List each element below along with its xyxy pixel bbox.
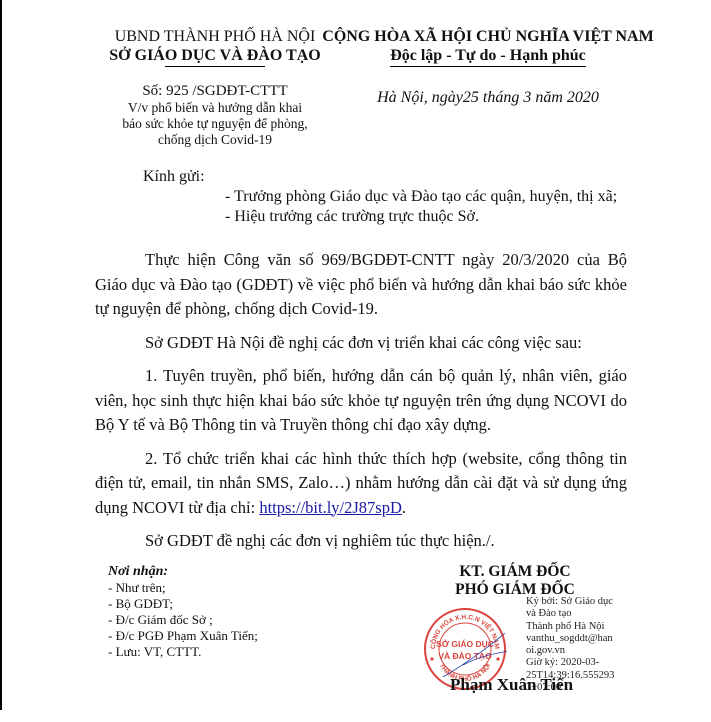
header-left: UBND THÀNH PHỐ HÀ NỘI SỞ GIÁO DỤC VÀ ĐÀO… xyxy=(100,27,330,148)
addressee-item: - Hiệu trưởng các trường trực thuộc Sở. xyxy=(143,207,617,227)
subject-line: báo sức khỏe tự nguyện để phòng, xyxy=(100,116,330,132)
sig-info-line: vanthu_sogddt@han xyxy=(526,633,631,645)
header-right: CỘNG HÒA XÃ HỘI CHỦ NGHĨA VIỆT NAM Độc l… xyxy=(318,27,658,107)
paragraph: 1. Tuyên truyền, phổ biến, hướng dẫn cán… xyxy=(95,364,627,438)
recipient-item: - Như trên; xyxy=(108,580,258,596)
svg-text:SỞ GIÁO DỤC: SỞ GIÁO DỤC xyxy=(436,638,494,649)
sig-info-line: oi.gov.vn xyxy=(526,645,631,657)
recipient-item: - Bộ GDĐT; xyxy=(108,596,258,612)
subject-line: V/v phổ biến và hướng dẫn khai xyxy=(100,100,330,116)
sig-info-line: và Đào tạo xyxy=(526,608,631,620)
sig-info-line: Giờ ký: 2020-03- xyxy=(526,657,631,669)
addressee-item: - Trưởng phòng Giáo dục và Đào tạo các q… xyxy=(143,187,617,207)
subject-line: chống dịch Covid-19 xyxy=(100,132,330,148)
paragraph-suffix: . xyxy=(402,498,406,517)
place-date: Hà Nội, ngày25 tháng 3 năm 2020 xyxy=(318,88,658,107)
department-underline xyxy=(165,66,265,67)
recipient-item: - Lưu: VT, CTTT. xyxy=(108,644,258,660)
sig-info-line: Thành phố Hà Nội xyxy=(526,621,631,633)
recipient-item: - Đ/c Giám đốc Sở ; xyxy=(108,612,258,628)
recipients-title: Nơi nhận: xyxy=(108,563,258,580)
addressees-label: Kính gửi: xyxy=(143,167,617,187)
document-body: Thực hiện Công văn số 969/BGDĐT-CNTT ngà… xyxy=(95,248,627,563)
national-motto: Độc lập - Tự do - Hạnh phúc xyxy=(390,46,586,67)
paragraph: Sở GDĐT đề nghị các đơn vị nghiêm túc th… xyxy=(95,529,627,554)
svg-text:VÀ ĐÀO TẠO: VÀ ĐÀO TẠO xyxy=(438,651,492,661)
recipients-block: Nơi nhận: - Như trên; - Bộ GDĐT; - Đ/c G… xyxy=(108,563,258,660)
signature-title-1: KT. GIÁM ĐỐC xyxy=(400,563,630,581)
document-number: Số: 925 /SGDĐT-CTTT xyxy=(100,82,330,100)
paragraph: Sở GDĐT Hà Nội đề nghị các đơn vị triển … xyxy=(95,331,627,356)
signer-name: Phạm Xuân Tiến xyxy=(450,675,573,695)
paragraph: 2. Tổ chức triển khai các hình thức thíc… xyxy=(95,447,627,521)
ncovi-link[interactable]: https://bit.ly/2J87spD xyxy=(259,498,402,517)
paragraph: Thực hiện Công văn số 969/BGDĐT-CNTT ngà… xyxy=(95,248,627,322)
recipient-item: - Đ/c PGĐ Phạm Xuân Tiến; xyxy=(108,628,258,644)
signature-block: KT. GIÁM ĐỐC PHÓ GIÁM ĐỐC CỘNG HÒA X.H.C… xyxy=(400,563,630,599)
addressees: Kính gửi: - Trưởng phòng Giáo dục và Đào… xyxy=(143,167,617,227)
issuing-authority: UBND THÀNH PHỐ HÀ NỘI xyxy=(100,27,330,46)
issuing-department: SỞ GIÁO DỤC VÀ ĐÀO TẠO xyxy=(100,46,330,65)
sig-info-line: Ký bởi: Sở Giáo dục xyxy=(526,596,631,608)
page-left-border xyxy=(0,0,2,710)
national-title: CỘNG HÒA XÃ HỘI CHỦ NGHĨA VIỆT NAM xyxy=(318,27,658,46)
